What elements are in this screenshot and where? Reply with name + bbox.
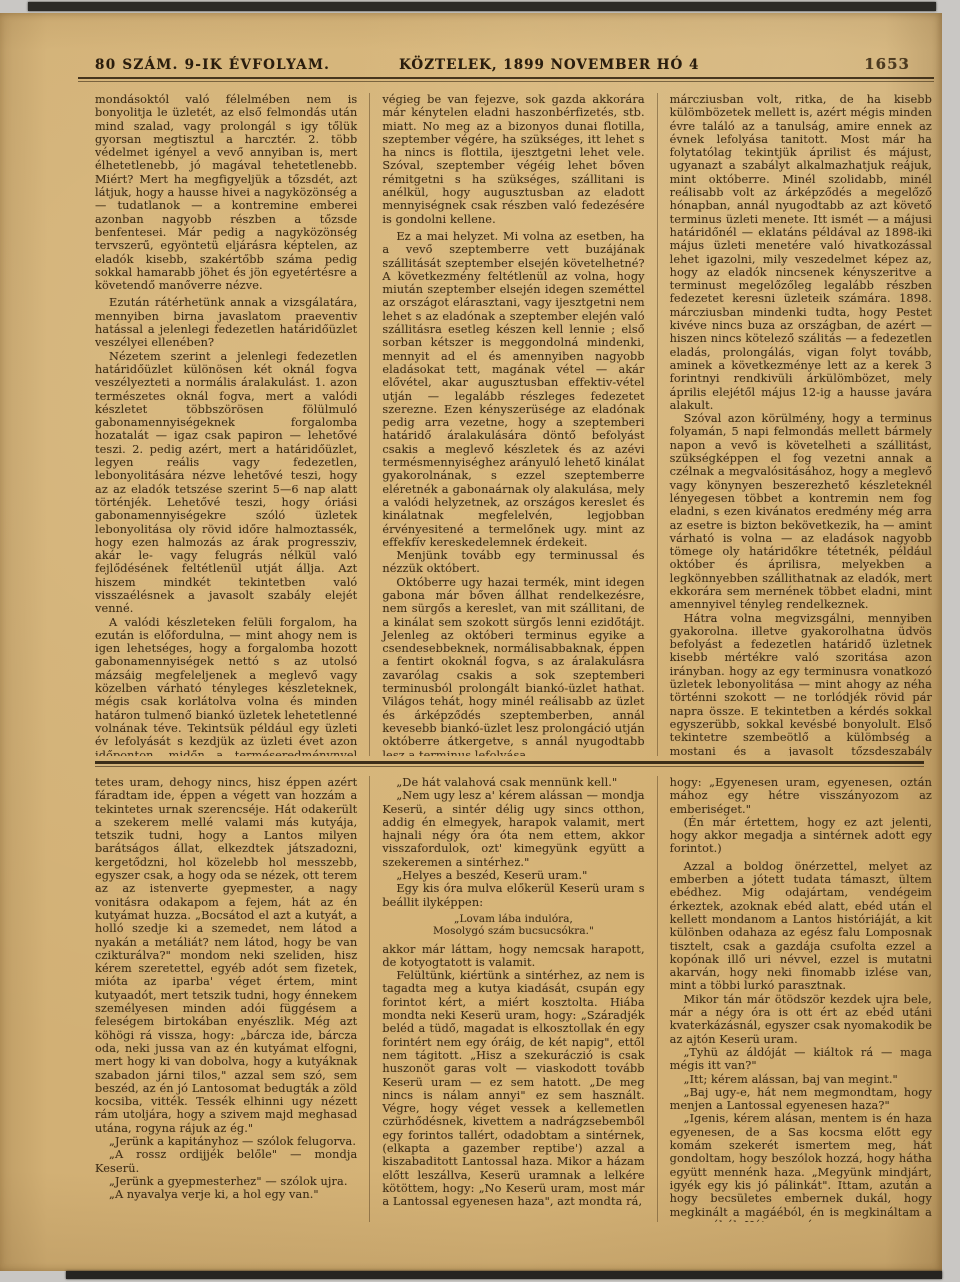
paragraph: Szóval azon körülmény, hogy a terminus f… (670, 412, 932, 611)
newspaper-page: 80 SZÁM. 9-IK ÉVFOLYAM. KÖZTELEK, 1899 N… (0, 13, 942, 1271)
feuilleton-column-3: hogy: „Egyenesen uram, egyenesen, oztán … (657, 776, 932, 1222)
paragraph: Mikor tán már ötödször kezdek ujra bele,… (670, 993, 932, 1046)
paragraph: A valódi készleteken felüli forgalom, ha… (95, 616, 357, 756)
masthead: 80 SZÁM. 9-IK ÉVFOLYAM. KÖZTELEK, 1899 N… (95, 55, 932, 73)
main-article: mondásoktól való félelmében nem is bonyo… (95, 93, 932, 756)
issue-number: 80 SZÁM. 9-IK ÉVFOLYAM. (95, 57, 330, 73)
paragraph: „Helyes a beszéd, Keserü uram." (382, 869, 644, 882)
scanned-newspaper-page: { "meta": { "kind": "scanned newspaper p… (0, 0, 960, 1282)
article-column-1: mondásoktól való félelmében nem is bonyo… (95, 93, 357, 756)
paragraph: végieg be van fejezve, sok gazda akkorár… (382, 93, 644, 226)
article-column-3: márcziusban volt, ritka, de ha kisebb kü… (657, 93, 932, 756)
verse-couplet: „Lovam lába indulóra, Mosolygó szám bucs… (382, 913, 644, 938)
paragraph: Menjünk tovább egy terminussal és nézzük… (382, 549, 644, 576)
verse-line: „Lovam lába indulóra, (382, 913, 644, 925)
paragraph: „Jerünk a kapitányhoz — szólok felugorva… (95, 1135, 357, 1148)
paragraph: „Jerünk a gyepmesterhez" — szólok ujra. (95, 1175, 357, 1188)
paragraph: „De hát valahová csak mennünk kell." (382, 776, 644, 789)
paragraph: „Nem ugy lesz a' kérem alássan — mondja … (382, 789, 644, 869)
paragraph: hogy: „Egyenesen uram, egyenesen, oztán … (670, 776, 932, 816)
paragraph: Felültünk, kiértünk a sintérhez, az nem … (382, 969, 644, 1208)
paragraph: Egy kis óra mulva előkerül Keserü uram s… (382, 882, 644, 909)
paragraph: Ez a mai helyzet. Mi volna az esetben, h… (382, 230, 644, 549)
paragraph: tetes uram, dehogy nincs, hisz éppen azé… (95, 776, 357, 1135)
paragraph: Októberre ugy hazai termék, mint idegen … (382, 576, 644, 756)
paragraph: Ezután rátérhetünk annak a vizsgálatára,… (95, 296, 357, 349)
paragraph: „Baj ugy-e, hát nem megmondtam, hogy men… (670, 1086, 932, 1113)
feuilleton-column-2: „De hát valahová csak mennünk kell." „Ne… (369, 776, 644, 1222)
journal-title: KÖZTELEK, 1899 NOVEMBER HÓ 4 (399, 57, 699, 73)
feuilleton-column-1: tetes uram, dehogy nincs, hisz éppen azé… (95, 776, 357, 1222)
paragraph: (Én már értettem, hogy ez azt jelenti, h… (670, 816, 932, 856)
page-number: 1653 (864, 55, 910, 73)
paragraph: akkor már láttam, hogy nemcsak harapott,… (382, 943, 644, 970)
paragraph: „Itt; kérem alássan, baj van megint." (670, 1073, 932, 1086)
scan-top-edge (28, 2, 936, 11)
paragraph: Azzal a boldog önérzettel, melyet az emb… (670, 860, 932, 993)
paragraph: Nézetem szerint a jelenlegi fedezetlen h… (95, 350, 357, 616)
scan-bottom-edge (66, 1271, 942, 1279)
section-divider-rule (95, 761, 924, 767)
paragraph: „Igenis, kérem alásan, mentem is én haza… (670, 1112, 932, 1222)
article-column-2: végieg be van fejezve, sok gazda akkorár… (369, 93, 644, 756)
paragraph: „Tyhü az áldóját — kiáltok rá — maga még… (670, 1046, 932, 1073)
paragraph: mondásoktól való félelmében nem is bonyo… (95, 93, 357, 292)
paragraph: márcziusban volt, ritka, de ha kisebb kü… (670, 93, 932, 412)
verse-line: Mosolygó szám bucsucsókra." (382, 925, 644, 937)
paragraph: Hátra volna megvizsgálni, mennyiben gyak… (670, 612, 932, 756)
feuilleton-story: tetes uram, dehogy nincs, hisz éppen azé… (95, 776, 932, 1222)
paragraph: „A nyavalya verje ki, a hol egy van." (95, 1188, 357, 1201)
paragraph: „A rossz ordijjék belőle" — mondja Keser… (95, 1148, 357, 1175)
page-content: mondásoktól való félelmében nem is bonyo… (95, 93, 932, 1222)
masthead-rule (78, 77, 934, 82)
